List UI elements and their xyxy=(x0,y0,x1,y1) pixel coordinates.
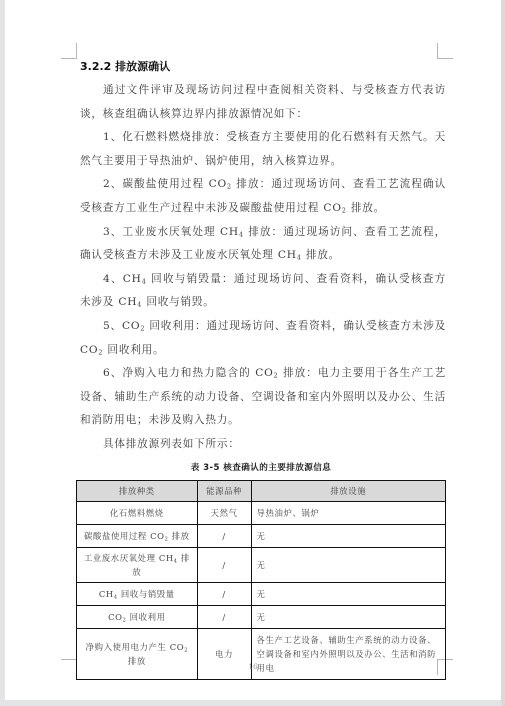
page-number: 16 xyxy=(5,662,501,671)
cell-emission-type: CH4 回收与销毁量 xyxy=(77,582,198,605)
cell-emission-type: 碳酸盐使用过程 CO2 排放 xyxy=(77,524,198,547)
emission-sources-table: 排放种类 能源品种 排放设施 化石燃料燃烧 天然气 导热油炉、锅炉 碳酸盐使用过… xyxy=(76,480,446,680)
cell-facility: 无 xyxy=(251,547,445,582)
section-heading: 3.2.2 排放源确认 xyxy=(80,56,446,78)
cell-facility: 无 xyxy=(251,524,445,547)
cell-facility: 无 xyxy=(251,582,445,605)
section-number: 3.2.2 xyxy=(80,60,111,73)
cell-emission-type: 化石燃料燃烧 xyxy=(77,501,198,524)
cell-energy-type: / xyxy=(197,582,251,605)
cell-energy-type: / xyxy=(197,547,251,582)
page-body: 3.2.2 排放源确认 通过文件评审及现场访问过程中查阅相关资料、与受核查方代表… xyxy=(76,56,446,680)
cell-facility: 导热油炉、锅炉 xyxy=(251,501,445,524)
header-energy-type: 能源品种 xyxy=(197,480,251,501)
table-row: 工业废水厌氧处理 CH4 排放 / 无 xyxy=(77,547,446,582)
document-page: 3.2.2 排放源确认 通过文件评审及现场访问过程中查阅相关资料、与受核查方代表… xyxy=(5,0,501,700)
cell-energy-type: / xyxy=(197,524,251,547)
cell-emission-type: 净购入使用电力产生 CO2 排放 xyxy=(77,628,198,679)
header-emission-type: 排放种类 xyxy=(77,480,198,501)
paragraph-intro: 通过文件评审及现场访问过程中查阅相关资料、与受核查方代表访谈，核查组确认核算边界… xyxy=(76,79,446,126)
paragraph-item-3: 3、工业废水厌氧处理 CH4 排放：通过现场访问、查看工艺流程，确认受核查方未涉… xyxy=(76,221,446,268)
cell-facility: 各生产工艺设备、辅助生产系统的动力设备、空调设备和室内外照明以及办公、生活和消防… xyxy=(251,628,445,679)
table-row: 化石燃料燃烧 天然气 导热油炉、锅炉 xyxy=(77,501,446,524)
table-row: CO2 回收利用 / 无 xyxy=(77,605,446,628)
margin-corner-top-left xyxy=(61,43,77,59)
paragraph-item-6: 6、净购入电力和热力隐含的 CO2 排放：电力主要用于各生产工艺设备、辅助生产系… xyxy=(76,362,446,433)
paragraph-table-intro: 具体排放源列表如下所示： xyxy=(76,433,446,457)
table-row: CH4 回收与销毁量 / 无 xyxy=(77,582,446,605)
section-title: 排放源确认 xyxy=(115,60,170,73)
paragraph-item-5: 5、CO2 回收利用：通过现场访问、查看资料，确认受核查方未涉及 CO2 回收利… xyxy=(76,315,446,362)
cell-emission-type: CO2 回收利用 xyxy=(77,605,198,628)
cell-emission-type: 工业废水厌氧处理 CH4 排放 xyxy=(77,547,198,582)
table-row: 碳酸盐使用过程 CO2 排放 / 无 xyxy=(77,524,446,547)
table-header-row: 排放种类 能源品种 排放设施 xyxy=(77,480,446,501)
table-row: 净购入使用电力产生 CO2 排放 电力 各生产工艺设备、辅助生产系统的动力设备、… xyxy=(77,628,446,679)
cell-energy-type: 天然气 xyxy=(197,501,251,524)
header-emission-facility: 排放设施 xyxy=(251,480,445,501)
paragraph-item-4: 4、CH4 回收与销毁量：通过现场访问、查看资料，确认受核查方未涉及 CH4 回… xyxy=(76,268,446,315)
cell-facility: 无 xyxy=(251,605,445,628)
table-caption: 表 3-5 核查确认的主要排放源信息 xyxy=(76,459,446,477)
window-edge xyxy=(501,0,505,706)
cell-energy-type: / xyxy=(197,605,251,628)
paragraph-item-1: 1、化石燃料燃烧排放：受核查方主要使用的化石燃料有天然气。天然气主要用于导热油炉… xyxy=(76,126,446,173)
cell-energy-type: 电力 xyxy=(197,628,251,679)
paragraph-item-2: 2、碳酸盐使用过程 CO2 排放：通过现场访问、查看工艺流程确认受核查方工业生产… xyxy=(76,173,446,220)
